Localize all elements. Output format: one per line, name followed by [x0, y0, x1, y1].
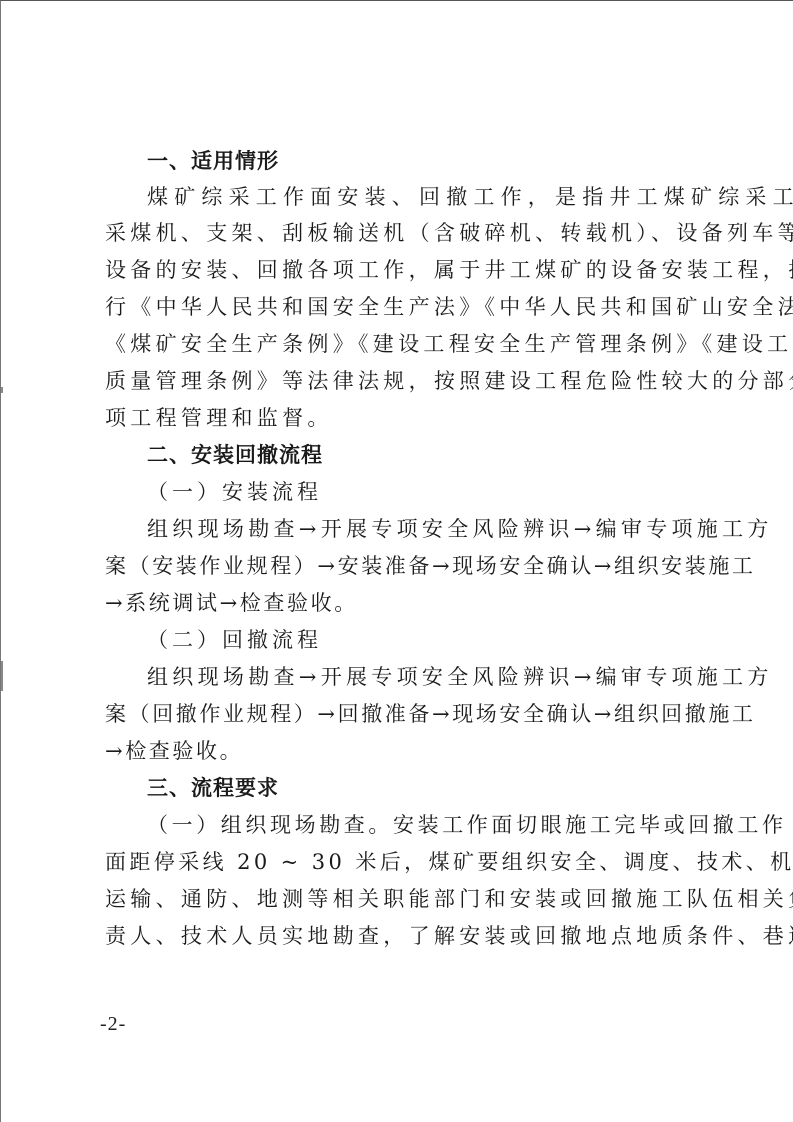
paragraph-line: （一）组织现场勘查。安装工作面切眼施工完毕或回撤工作: [147, 811, 737, 839]
paragraph-line: 设备的安装、回撤各项工作，属于井工煤矿的设备安装工程，执: [105, 256, 695, 284]
section-heading-3: 三、流程要求: [147, 774, 737, 802]
section-heading-2: 二、安装回撤流程: [147, 441, 737, 469]
section-heading-1: 一、适用情形: [147, 147, 737, 175]
page-number: -2-: [100, 1013, 126, 1036]
paragraph-line: 案（安装作业规程）→安装准备→现场安全确认→组织安装施工: [105, 552, 695, 580]
paragraph-line: →系统调试→检查验收。: [105, 589, 695, 617]
paragraph-line: 组织现场勘查→开展专项安全风险辨识→编审专项施工方: [147, 663, 737, 691]
paragraph-line: 运输、通防、地测等相关职能部门和安装或回撤施工队伍相关负: [105, 885, 695, 913]
paragraph-line: 组织现场勘查→开展专项安全风险辨识→编审专项施工方: [147, 515, 737, 543]
paragraph-line: 煤矿综采工作面安装、回撤工作，是指井工煤矿综采工作面: [147, 183, 695, 211]
paragraph-line: 面距停采线 20 ~ 30 米后，煤矿要组织安全、调度、技术、机电、: [105, 848, 695, 876]
scan-edge-mark: [1, 661, 3, 691]
paragraph-line: 项工程管理和监督。: [105, 404, 695, 432]
subsection-heading-install: （一）安装流程: [147, 478, 737, 506]
paragraph-line: →检查验收。: [105, 737, 695, 765]
paragraph-line: 行《中华人民共和国安全生产法》《中华人民共和国矿山安全法》: [105, 293, 695, 321]
document-page: 一、适用情形 煤矿综采工作面安装、回撤工作，是指井工煤矿综采工作面 采煤机、支架…: [0, 0, 793, 1122]
paragraph-line: 采煤机、支架、刮板输送机（含破碎机、转载机）、设备列车等: [105, 219, 695, 247]
paragraph-line: 质量管理条例》等法律法规，按照建设工程危险性较大的分部分: [105, 367, 695, 395]
paragraph-line: 案（回撤作业规程）→回撤准备→现场安全确认→组织回撤施工: [105, 700, 695, 728]
scan-edge-mark: [1, 387, 3, 393]
paragraph-line: 责人、技术人员实地勘查，了解安装或回撤地点地质条件、巷道: [105, 922, 695, 950]
subsection-heading-removal: （二）回撤流程: [147, 626, 737, 654]
paragraph-line: 《煤矿安全生产条例》《建设工程安全生产管理条例》《建设工程: [105, 330, 695, 358]
